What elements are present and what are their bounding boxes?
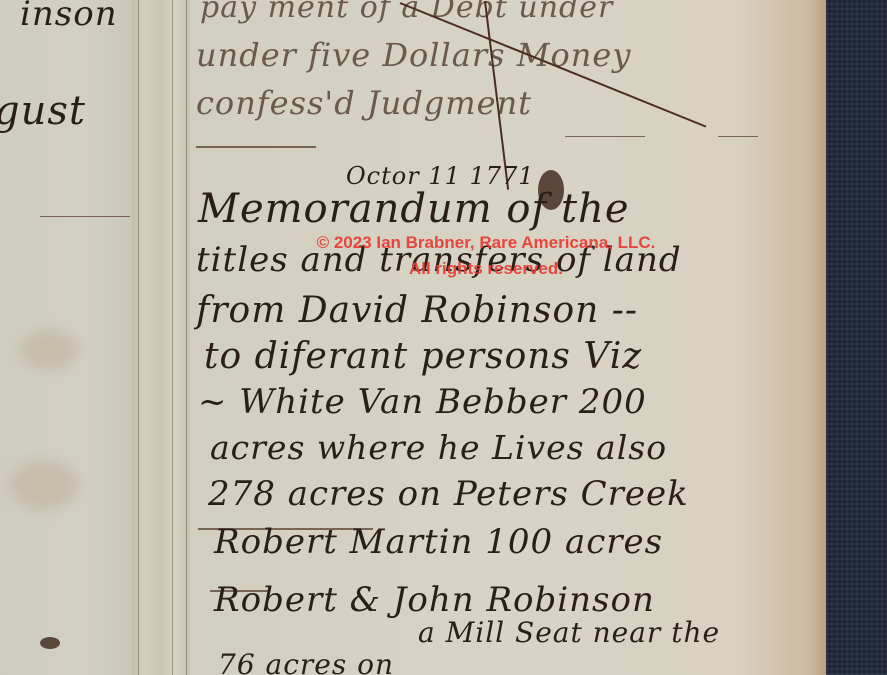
book-binding-cloth bbox=[826, 0, 887, 675]
ink-blot bbox=[40, 637, 60, 649]
leaf-fold bbox=[172, 0, 173, 675]
paper-stain bbox=[20, 330, 80, 370]
memorandum-line: Robert & John Robinson bbox=[214, 580, 655, 620]
watermark-line-1: © 2023 Ian Brabner, Rare Americana, LLC. bbox=[246, 230, 726, 256]
memorandum-line: Memorandum of the bbox=[198, 186, 630, 232]
paper-stain bbox=[10, 460, 80, 510]
leaf-fold bbox=[186, 0, 187, 675]
watermark-line-2: All rights reserved. bbox=[246, 256, 726, 282]
left-page-text-line: gust bbox=[0, 88, 86, 134]
memorandum-line: 278 acres on Peters Creek bbox=[208, 474, 689, 514]
memorandum-line: from David Robinson -- bbox=[196, 290, 638, 331]
memorandum-line: acres where he Lives also bbox=[210, 428, 667, 467]
copyright-watermark: © 2023 Ian Brabner, Rare Americana, LLC.… bbox=[246, 230, 726, 282]
memorandum-line: Robert Martin 100 acres bbox=[214, 522, 663, 562]
ink-rule bbox=[565, 136, 645, 137]
memorandum-line: a Mill Seat near the bbox=[418, 616, 720, 649]
left-page-text-line: inson bbox=[20, 0, 118, 34]
memorandum-line: 76 acres on bbox=[218, 648, 394, 675]
book-spine bbox=[132, 0, 194, 675]
memorandum-line: to diferant persons Viz bbox=[204, 336, 642, 377]
ink-rule bbox=[718, 136, 758, 137]
leaf-fold bbox=[138, 0, 139, 675]
crossed-line: confess'd Judgment bbox=[196, 84, 532, 122]
ink-rule bbox=[196, 146, 316, 148]
ink-rule bbox=[40, 216, 130, 217]
memorandum-line: ~ White Van Bebber 200 bbox=[198, 382, 647, 422]
manuscript-photo: inson gust pay ment of a Debt under unde… bbox=[0, 0, 887, 675]
left-page: inson gust bbox=[0, 0, 140, 675]
